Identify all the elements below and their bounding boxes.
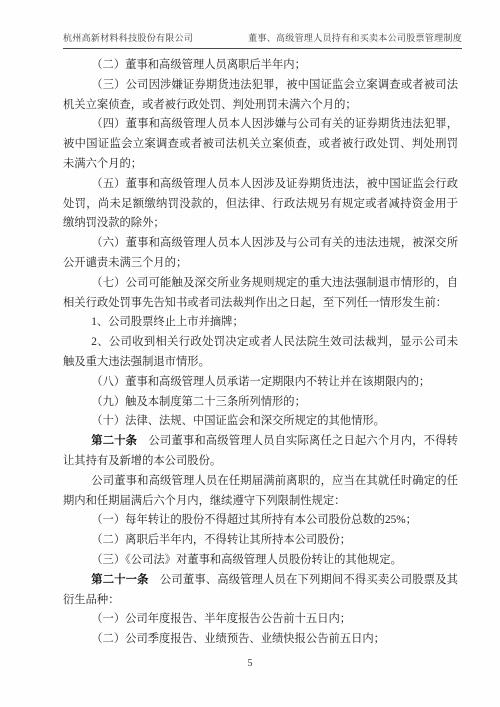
paragraph: （六）董事和高级管理人员本人因涉及与公司有关的违法违规，被深交所公开谴责未满三个…	[63, 234, 458, 274]
document-page: 杭州高新材料科技股份有限公司 董事、高级管理人员持有和买卖本公司股票管理制度 （…	[0, 0, 500, 707]
page-header: 杭州高新材料科技股份有限公司 董事、高级管理人员持有和买卖本公司股票管理制度	[63, 31, 462, 49]
article-number: 第二十一条	[91, 574, 148, 586]
paragraph: （九）触及本制度第二十三条所列情形的；	[63, 393, 458, 413]
paragraph: （三）公司因涉嫌证券期货违法犯罪，被中国证监会立案调查或者被司法机关立案侦查，或…	[63, 76, 458, 116]
paragraph: 公司董事和高级管理人员在任期届满前离职的，应当在其就任时确定的任期内和任期届满后…	[63, 472, 458, 512]
paragraph: （七）公司可能触及深交所业务规则规定的重大违法强制退市情形的，自相关行政处罚事先…	[63, 274, 458, 314]
paragraph: （八）董事和高级管理人员承诺一定期限内不转让并在该期限内的；	[63, 373, 458, 393]
paragraph: （一）公司年度报告、半年度报告公告前十五日内；	[63, 610, 458, 630]
paragraph: （十）法律、法规、中国证监会和深交所规定的其他情形。	[63, 412, 458, 432]
article-number: 第二十条	[91, 435, 137, 447]
paragraph: 第二十条公司董事和高级管理人员自实际离任之日起六个月内，不得转让其持有及新增的本…	[63, 432, 458, 472]
paragraph: 第二十一条公司董事、高级管理人员在下列期间不得买卖公司股票及其衍生品种：	[63, 571, 458, 611]
paragraph: （四）董事和高级管理人员本人因涉嫌与公司有关的证券期货违法犯罪，被中国证监会立案…	[63, 115, 458, 174]
paragraph: （三）《公司法》对董事和高级管理人员股份转让的其他规定。	[63, 551, 458, 571]
paragraph: 1、公司股票终止上市并摘牌；	[63, 313, 458, 333]
paragraph: （五）董事和高级管理人员本人因涉及证券期货违法，被中国证监会行政处罚，尚未足额缴…	[63, 175, 458, 234]
page-number: 5	[248, 658, 253, 669]
paragraph: （二）公司季度报告、业绩预告、业绩快报公告前五日内；	[63, 630, 458, 650]
paragraph: （二）离职后半年内，不得转让其所持本公司股份；	[63, 531, 458, 551]
paragraph: （一）每年转让的股份不得超过其所持有本公司股份总数的25%；	[63, 511, 458, 531]
paragraph: （二）董事和高级管理人员离职后半年内；	[63, 56, 458, 76]
document-body: （二）董事和高级管理人员离职后半年内；（三）公司因涉嫌证券期货违法犯罪，被中国证…	[63, 56, 458, 650]
header-document-title: 董事、高级管理人员持有和买卖本公司股票管理制度	[248, 31, 462, 44]
paragraph: 2、公司收到相关行政处罚决定或者人民法院生效司法裁判，显示公司未触及重大违法强制…	[63, 333, 458, 373]
page-footer: 5	[0, 658, 500, 669]
header-company-name: 杭州高新材料科技股份有限公司	[63, 31, 193, 44]
